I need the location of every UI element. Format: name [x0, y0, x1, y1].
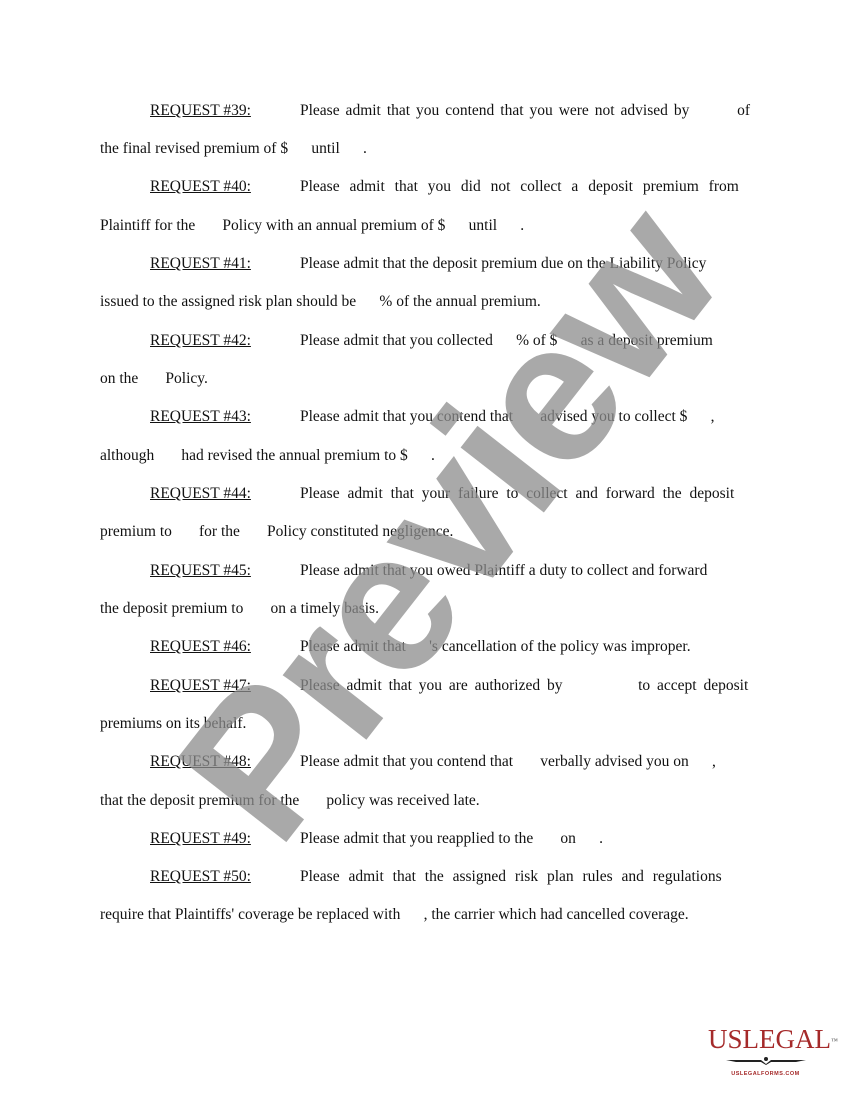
request-text: Please admit that the assigned risk plan…	[300, 867, 722, 887]
request-50-cont: require that Plaintiffs' coverage be rep…	[100, 905, 689, 925]
request-label: REQUEST #48:	[150, 752, 251, 772]
request-label: REQUEST #43:	[150, 407, 251, 427]
request-text: Please admit that you owed Plaintiff a d…	[300, 561, 707, 581]
request-42-cont: on the Policy.	[100, 369, 208, 389]
trademark-symbol: ™	[831, 1037, 838, 1045]
request-label: REQUEST #47:	[150, 676, 251, 696]
request-text: Please admit that your failure to collec…	[300, 484, 734, 504]
logo-brand-text: USLEGAL	[708, 1024, 831, 1054]
request-40-cont: Plaintiff for the Policy with an annual …	[100, 216, 524, 236]
uslegal-logo[interactable]: USLEGAL™ USLEGALFORMS.COM	[708, 1026, 823, 1077]
request-label: REQUEST #41:	[150, 254, 251, 274]
request-label: REQUEST #42:	[150, 331, 251, 351]
request-39-cont: the final revised premium of $ until .	[100, 139, 367, 159]
request-text: Please admit that you contend that verba…	[300, 752, 716, 772]
request-label: REQUEST #40:	[150, 177, 251, 197]
logo-brand: USLEGAL™	[708, 1026, 823, 1052]
request-43-cont: although had revised the annual premium …	[100, 446, 435, 466]
request-41-cont: issued to the assigned risk plan should …	[100, 292, 541, 312]
request-label: REQUEST #50:	[150, 867, 251, 887]
request-label: REQUEST #45:	[150, 561, 251, 581]
request-text: Please admit that you contend that advis…	[300, 407, 715, 427]
request-text: Please admit that 's cancellation of the…	[300, 637, 691, 657]
request-47-cont: premiums on its behalf.	[100, 714, 246, 734]
request-label: REQUEST #44:	[150, 484, 251, 504]
request-label: REQUEST #49:	[150, 829, 251, 849]
request-text: Please admit that you did not collect a …	[300, 177, 750, 197]
document-page: REQUEST #39: Please admit that you conte…	[0, 0, 850, 1100]
request-45-cont: the deposit premium to on a timely basis…	[100, 599, 379, 619]
eagle-wing-icon	[716, 1057, 816, 1065]
request-text: Please admit that the deposit premium du…	[300, 254, 706, 274]
request-48-cont: that the deposit premium for the policy …	[100, 791, 480, 811]
request-text: Please admit that you are authorized by …	[300, 676, 748, 696]
request-text-content: Please admit that you did not collect a …	[300, 177, 739, 197]
request-label: REQUEST #39:	[150, 101, 251, 121]
request-text: Please admit that you collected % of $ a…	[300, 331, 713, 351]
logo-site: USLEGALFORMS.COM	[708, 1071, 823, 1077]
request-label: REQUEST #46:	[150, 637, 251, 657]
request-text: Please admit that you contend that you w…	[300, 101, 750, 121]
request-44-cont: premium to for the Policy constituted ne…	[100, 522, 453, 542]
request-text: Please admit that you reapplied to the o…	[300, 829, 603, 849]
